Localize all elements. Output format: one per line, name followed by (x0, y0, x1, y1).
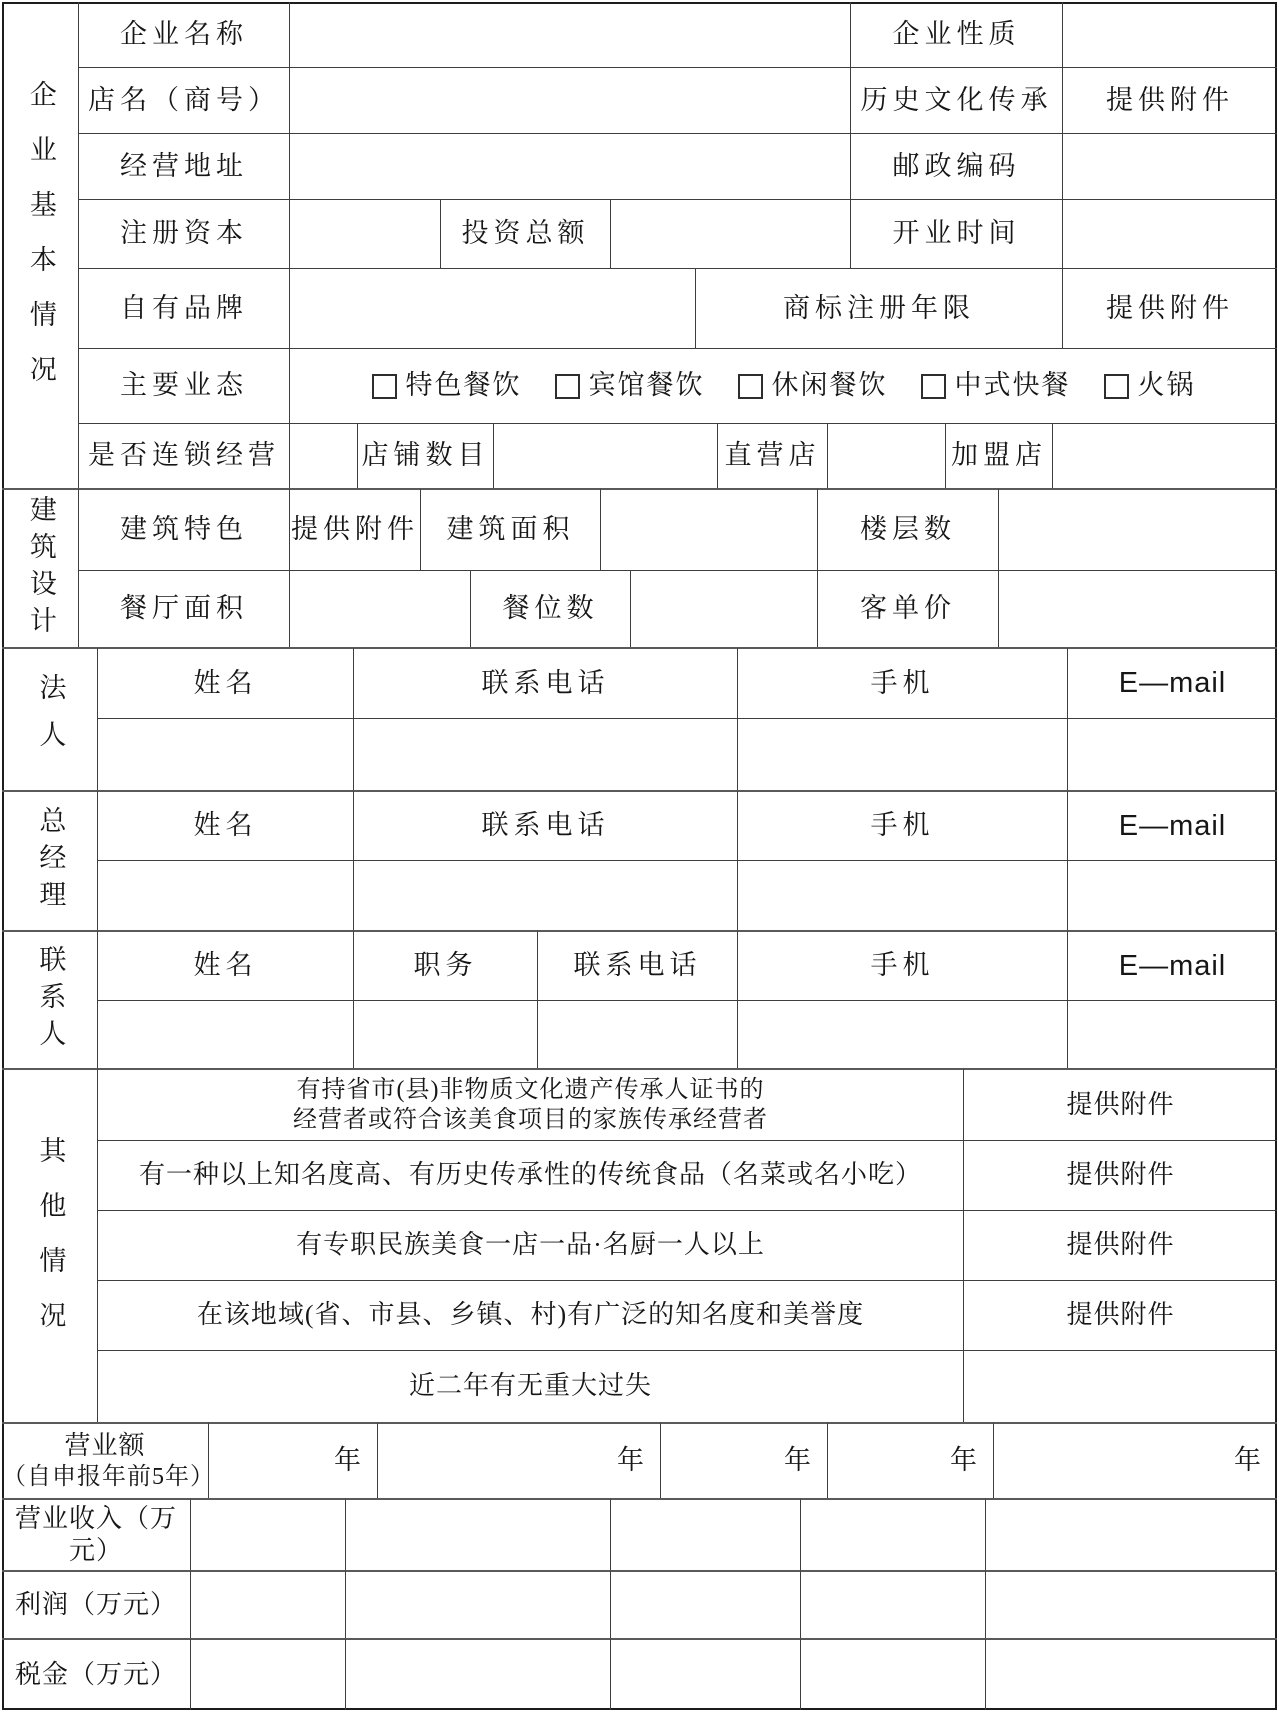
field-label-dining-area: 餐厅面积 (78, 570, 289, 647)
option-hotpot[interactable]: 火锅 (1104, 369, 1196, 403)
field-label-business-address: 经营地址 (78, 133, 289, 199)
input-year-4[interactable]: 年 (827, 1422, 993, 1498)
input-profit-y3[interactable] (610, 1570, 800, 1638)
contact-header-mobile: 手机 (737, 930, 1067, 1000)
input-income-y2[interactable] (345, 1498, 610, 1570)
field-label-postcode: 邮政编码 (850, 133, 1062, 199)
attachment-note: 提供附件 (963, 1280, 1277, 1350)
attachment-note: 提供附件 (963, 1210, 1277, 1280)
input-income-y3[interactable] (610, 1498, 800, 1570)
input-company-name[interactable] (289, 2, 850, 67)
section-basic-info: 企业基本情况 (2, 2, 78, 488)
field-label-own-brand: 自有品牌 (78, 268, 289, 348)
field-label-history-heritage: 历史文化传承 (850, 67, 1062, 133)
field-label-tax: 税金（万元） (2, 1638, 190, 1710)
input-building-area[interactable] (600, 488, 817, 570)
field-label-registered-capital: 注册资本 (78, 199, 289, 268)
input-legal-email[interactable] (1067, 718, 1277, 790)
legal-header-mobile: 手机 (737, 647, 1067, 718)
field-label-profit: 利润（万元） (2, 1570, 190, 1638)
checkbox-icon[interactable] (738, 374, 763, 399)
gm-header-phone: 联系电话 (353, 790, 737, 860)
option-hotel-catering[interactable]: 宾馆餐饮 (555, 369, 705, 403)
input-postcode[interactable] (1062, 133, 1277, 199)
option-chinese-fastfood[interactable]: 中式快餐 (921, 369, 1071, 403)
legal-header-phone: 联系电话 (353, 647, 737, 718)
input-profit-y5[interactable] (985, 1570, 1277, 1638)
section-basic-info-label: 企业基本情况 (23, 80, 57, 410)
attachment-note: 提供附件 (289, 488, 420, 570)
gm-header-email: E—mail (1067, 790, 1277, 860)
option-special-catering[interactable]: 特色餐饮 (372, 369, 522, 403)
section-legal-person-label: 法人 (33, 673, 67, 767)
input-gm-mobile[interactable] (737, 860, 1067, 930)
attachment-note: 提供附件 (963, 1140, 1277, 1210)
input-gm-email[interactable] (1067, 860, 1277, 930)
input-year-2[interactable]: 年 (377, 1422, 660, 1498)
section-other-info-label: 其他情况 (33, 1136, 67, 1356)
input-year-5[interactable]: 年 (993, 1422, 1277, 1498)
input-income-y5[interactable] (985, 1498, 1277, 1570)
field-label-chain-operation: 是否连锁经营 (78, 423, 289, 488)
input-income-y4[interactable] (800, 1498, 985, 1570)
checkbox-icon[interactable] (555, 374, 580, 399)
input-business-address[interactable] (289, 133, 850, 199)
attachment-note: 提供附件 (1062, 67, 1277, 133)
checkbox-icon[interactable] (921, 374, 946, 399)
section-general-manager: 总经理 (2, 790, 97, 930)
input-contact-title[interactable] (353, 1000, 537, 1068)
gm-header-name: 姓名 (97, 790, 353, 860)
input-income-y1[interactable] (190, 1498, 345, 1570)
other-item-famous-food: 有一种以上知名度高、有历史传承性的传统食品（名菜或名小吃） (97, 1140, 963, 1210)
input-contact-email[interactable] (1067, 1000, 1277, 1068)
input-dining-area[interactable] (289, 570, 470, 647)
attachment-note: 提供附件 (963, 1068, 1277, 1140)
field-label-avg-price: 客单价 (817, 570, 998, 647)
gm-header-mobile: 手机 (737, 790, 1067, 860)
input-registered-capital[interactable] (289, 199, 440, 268)
field-label-shop-name: 店名（商号） (78, 67, 289, 133)
field-label-turnover: 营业额 （自申报年前5年） (2, 1422, 208, 1498)
input-gm-phone[interactable] (353, 860, 737, 930)
field-label-operating-income: 营业收入（万元） (2, 1498, 190, 1570)
input-legal-name[interactable] (97, 718, 353, 790)
field-label-main-business: 主要业态 (78, 348, 289, 423)
section-legal-person: 法人 (2, 647, 97, 790)
input-gm-name[interactable] (97, 860, 353, 930)
legal-header-name: 姓名 (97, 647, 353, 718)
input-tax-y5[interactable] (985, 1638, 1277, 1710)
section-architecture-label: 建筑设计 (23, 495, 57, 643)
input-profit-y4[interactable] (800, 1570, 985, 1638)
section-general-manager-label: 总经理 (33, 806, 67, 917)
input-floor-count[interactable] (998, 488, 1277, 570)
input-tax-y2[interactable] (345, 1638, 610, 1710)
input-franchise-stores[interactable] (1052, 423, 1277, 488)
input-company-nature[interactable] (1062, 2, 1277, 67)
input-profit-y2[interactable] (345, 1570, 610, 1638)
section-contact-person-label: 联系人 (33, 945, 67, 1056)
input-tax-y4[interactable] (800, 1638, 985, 1710)
input-profit-y1[interactable] (190, 1570, 345, 1638)
input-avg-price[interactable] (998, 570, 1277, 647)
field-label-total-investment: 投资总额 (440, 199, 610, 268)
input-store-count[interactable] (493, 423, 717, 488)
field-label-building-feature: 建筑特色 (78, 488, 289, 570)
application-form-page: 企业基本情况 建筑设计 法人 总经理 联系人 其他情况 企业名称 企业性质 店名… (0, 0, 1279, 1712)
input-opening-time[interactable] (1062, 199, 1277, 268)
other-item-major-fault: 近二年有无重大过失 (97, 1350, 963, 1422)
input-contact-name[interactable] (97, 1000, 353, 1068)
input-year-3[interactable]: 年 (660, 1422, 827, 1498)
input-contact-phone[interactable] (537, 1000, 737, 1068)
contact-header-phone: 联系电话 (537, 930, 737, 1000)
field-label-floor-count: 楼层数 (817, 488, 998, 570)
other-item-famous-chef: 有专职民族美食一店一品·名厨一人以上 (97, 1210, 963, 1280)
legal-header-email: E—mail (1067, 647, 1277, 718)
field-label-franchise-stores: 加盟店 (945, 423, 1052, 488)
input-total-investment[interactable] (610, 199, 850, 268)
input-tax-y3[interactable] (610, 1638, 800, 1710)
section-architecture: 建筑设计 (2, 488, 78, 647)
input-year-1[interactable]: 年 (208, 1422, 377, 1498)
contact-header-email: E—mail (1067, 930, 1277, 1000)
field-label-company-nature: 企业性质 (850, 2, 1062, 67)
checkbox-icon[interactable] (372, 374, 397, 399)
input-shop-name[interactable] (289, 67, 850, 133)
input-legal-phone[interactable] (353, 718, 737, 790)
main-business-options: 特色餐饮 宾馆餐饮 休闲餐饮 中式快餐 火锅 (289, 348, 1277, 423)
field-label-direct-stores: 直营店 (717, 423, 827, 488)
input-direct-stores[interactable] (827, 423, 945, 488)
field-label-building-area: 建筑面积 (420, 488, 600, 570)
contact-header-title: 职务 (353, 930, 537, 1000)
input-seat-count[interactable] (630, 570, 817, 647)
field-label-opening-time: 开业时间 (850, 199, 1062, 268)
field-label-store-count: 店铺数目 (357, 423, 493, 488)
other-item-reputation: 在该地域(省、市县、乡镇、村)有广泛的知名度和美誉度 (97, 1280, 963, 1350)
field-label-seat-count: 餐位数 (470, 570, 630, 647)
other-item-heritage-certificate: 有持省市(县)非物质文化遗产传承人证书的 经营者或符合该美食项目的家族传承经营者 (97, 1068, 963, 1140)
input-chain-operation[interactable] (289, 423, 357, 488)
section-other-info: 其他情况 (2, 1068, 97, 1422)
input-tax-y1[interactable] (190, 1638, 345, 1710)
contact-header-name: 姓名 (97, 930, 353, 1000)
attachment-note: 提供附件 (1062, 268, 1277, 348)
input-major-fault[interactable] (963, 1350, 1277, 1422)
input-contact-mobile[interactable] (737, 1000, 1067, 1068)
field-label-company-name: 企业名称 (78, 2, 289, 67)
field-label-trademark-years: 商标注册年限 (695, 268, 1062, 348)
section-contact-person: 联系人 (2, 930, 97, 1068)
input-own-brand[interactable] (289, 268, 695, 348)
option-leisure-catering[interactable]: 休闲餐饮 (738, 369, 888, 403)
input-legal-mobile[interactable] (737, 718, 1067, 790)
checkbox-icon[interactable] (1104, 374, 1129, 399)
